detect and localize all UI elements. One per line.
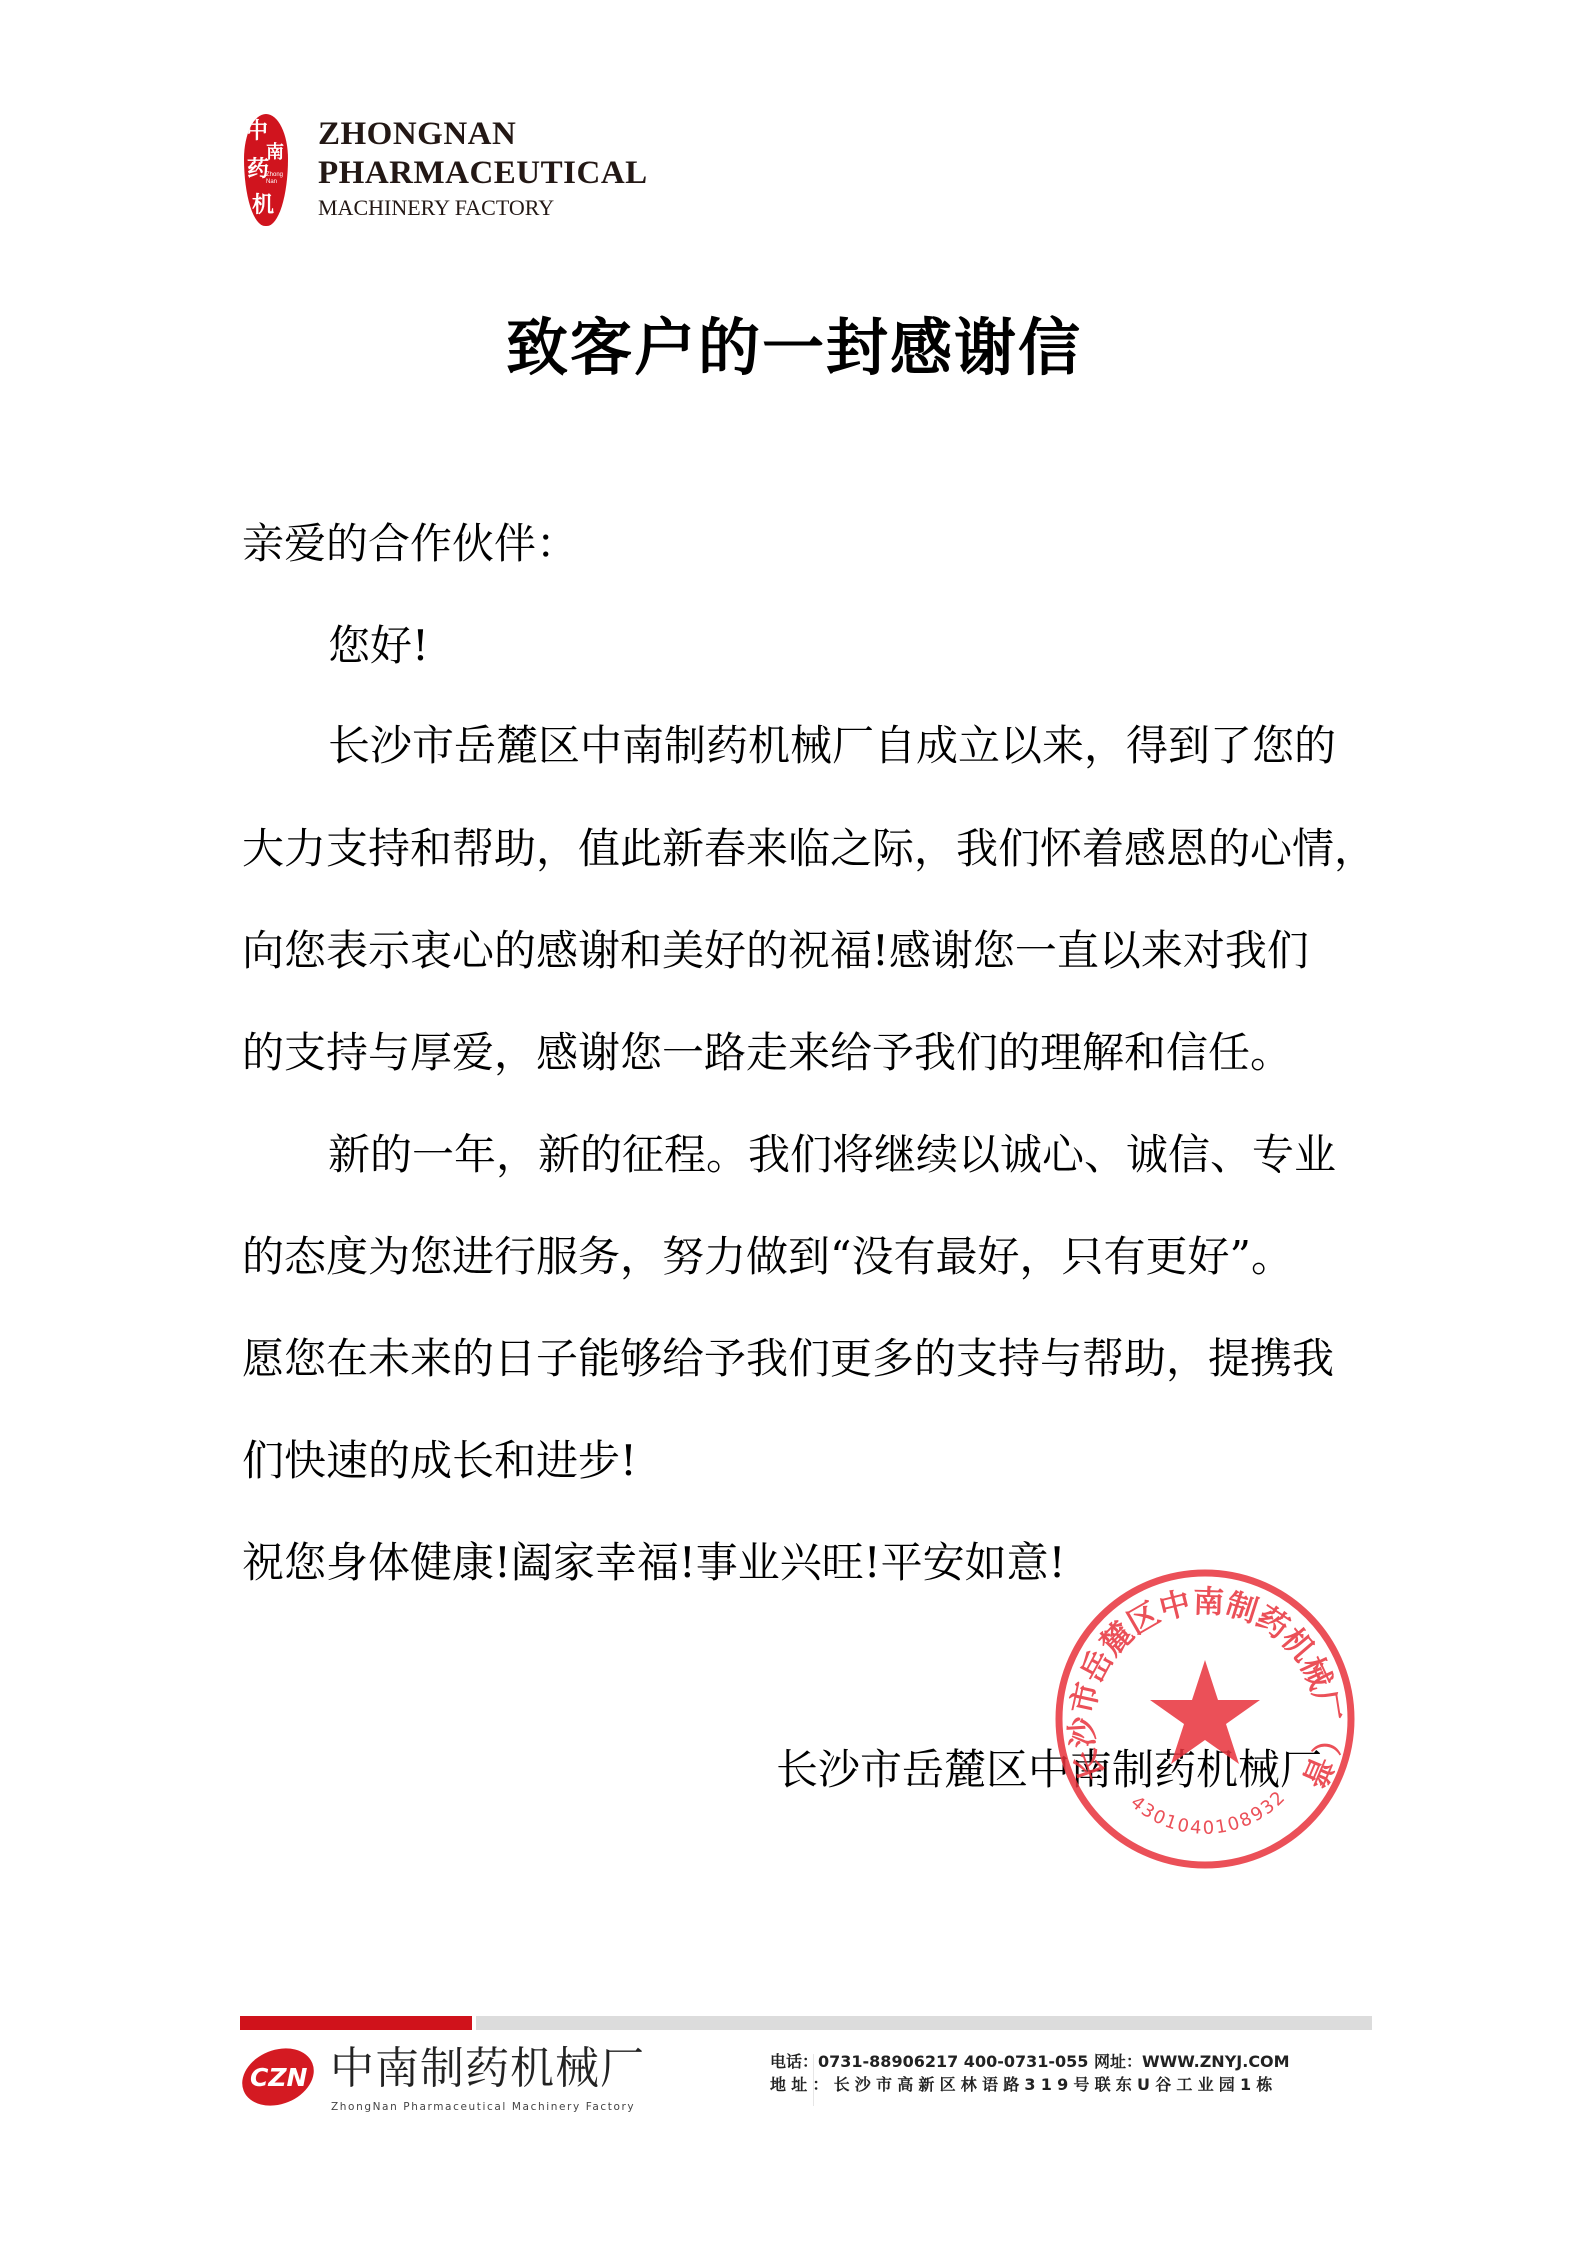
footer-bar-red xyxy=(240,2016,472,2030)
greeting: 您好! xyxy=(328,622,429,670)
body-line: 的支持与厚爱，感谢您一路走来给予我们的理解和信任。 xyxy=(242,1029,1292,1077)
emblem-sub: ZhongNan xyxy=(266,172,283,186)
stamp-number: 4301040108932 xyxy=(1126,1786,1290,1839)
czn-logo-icon: CZN xyxy=(240,2046,316,2108)
logo-emblem: 中 南 药 ZhongNan 机 xyxy=(244,114,288,226)
contact-phone-web: 电话：0731-88906217 400-0731-055 网址：WWW.ZNY… xyxy=(770,2052,1290,2072)
body-line: 大力支持和帮助，值此新春来临之际，我们怀着感恩的心情， xyxy=(242,825,1376,873)
body-line: 向您表示衷心的感谢和美好的祝福!感谢您一直以来对我们 xyxy=(242,927,1309,975)
body-line: 新的一年，新的征程。我们将继续以诚心、诚信、专业 xyxy=(328,1131,1336,1179)
closing-wishes: 祝您身体健康!阖家幸福!事业兴旺!平安如意! xyxy=(242,1539,1066,1587)
contact-address: 地址：长沙市高新区林语路319号联东U谷工业园1栋 xyxy=(770,2075,1278,2095)
body-line: 长沙市岳麓区中南制药机械厂自成立以来，得到了您的 xyxy=(328,722,1336,770)
footer-company-cn: 中南制药机械厂 xyxy=(330,2044,645,2094)
brand-name-line2: PHARMACEUTICAL xyxy=(318,155,648,191)
footer-bar-gray xyxy=(476,2016,1372,2030)
brand-name-line3: MACHINERY FACTORY xyxy=(318,196,554,220)
salutation: 亲爱的合作伙伴： xyxy=(242,520,578,568)
body-line: 愿您在未来的日子能够给予我们更多的支持与帮助，提携我 xyxy=(242,1335,1334,1383)
star-icon xyxy=(1150,1660,1260,1764)
letter-title: 致客户的一封感谢信 xyxy=(0,312,1588,384)
emblem-char: 机 xyxy=(252,194,274,216)
body-line: 们快速的成长和进步! xyxy=(242,1437,637,1485)
footer-company-en: ZhongNan Pharmaceutical Machinery Factor… xyxy=(331,2101,635,2113)
emblem-char: 中 xyxy=(246,120,268,142)
body-line: 的态度为您进行服务，努力做到“没有最好，只有更好”。 xyxy=(242,1233,1293,1281)
company-seal-stamp: 长沙市岳麓区中南制药机械厂（普通合伙） 4301040108932 xyxy=(1052,1566,1358,1872)
svg-text:CZN: CZN xyxy=(250,2063,307,2092)
brand-name-line1: ZHONGNAN xyxy=(318,116,516,152)
